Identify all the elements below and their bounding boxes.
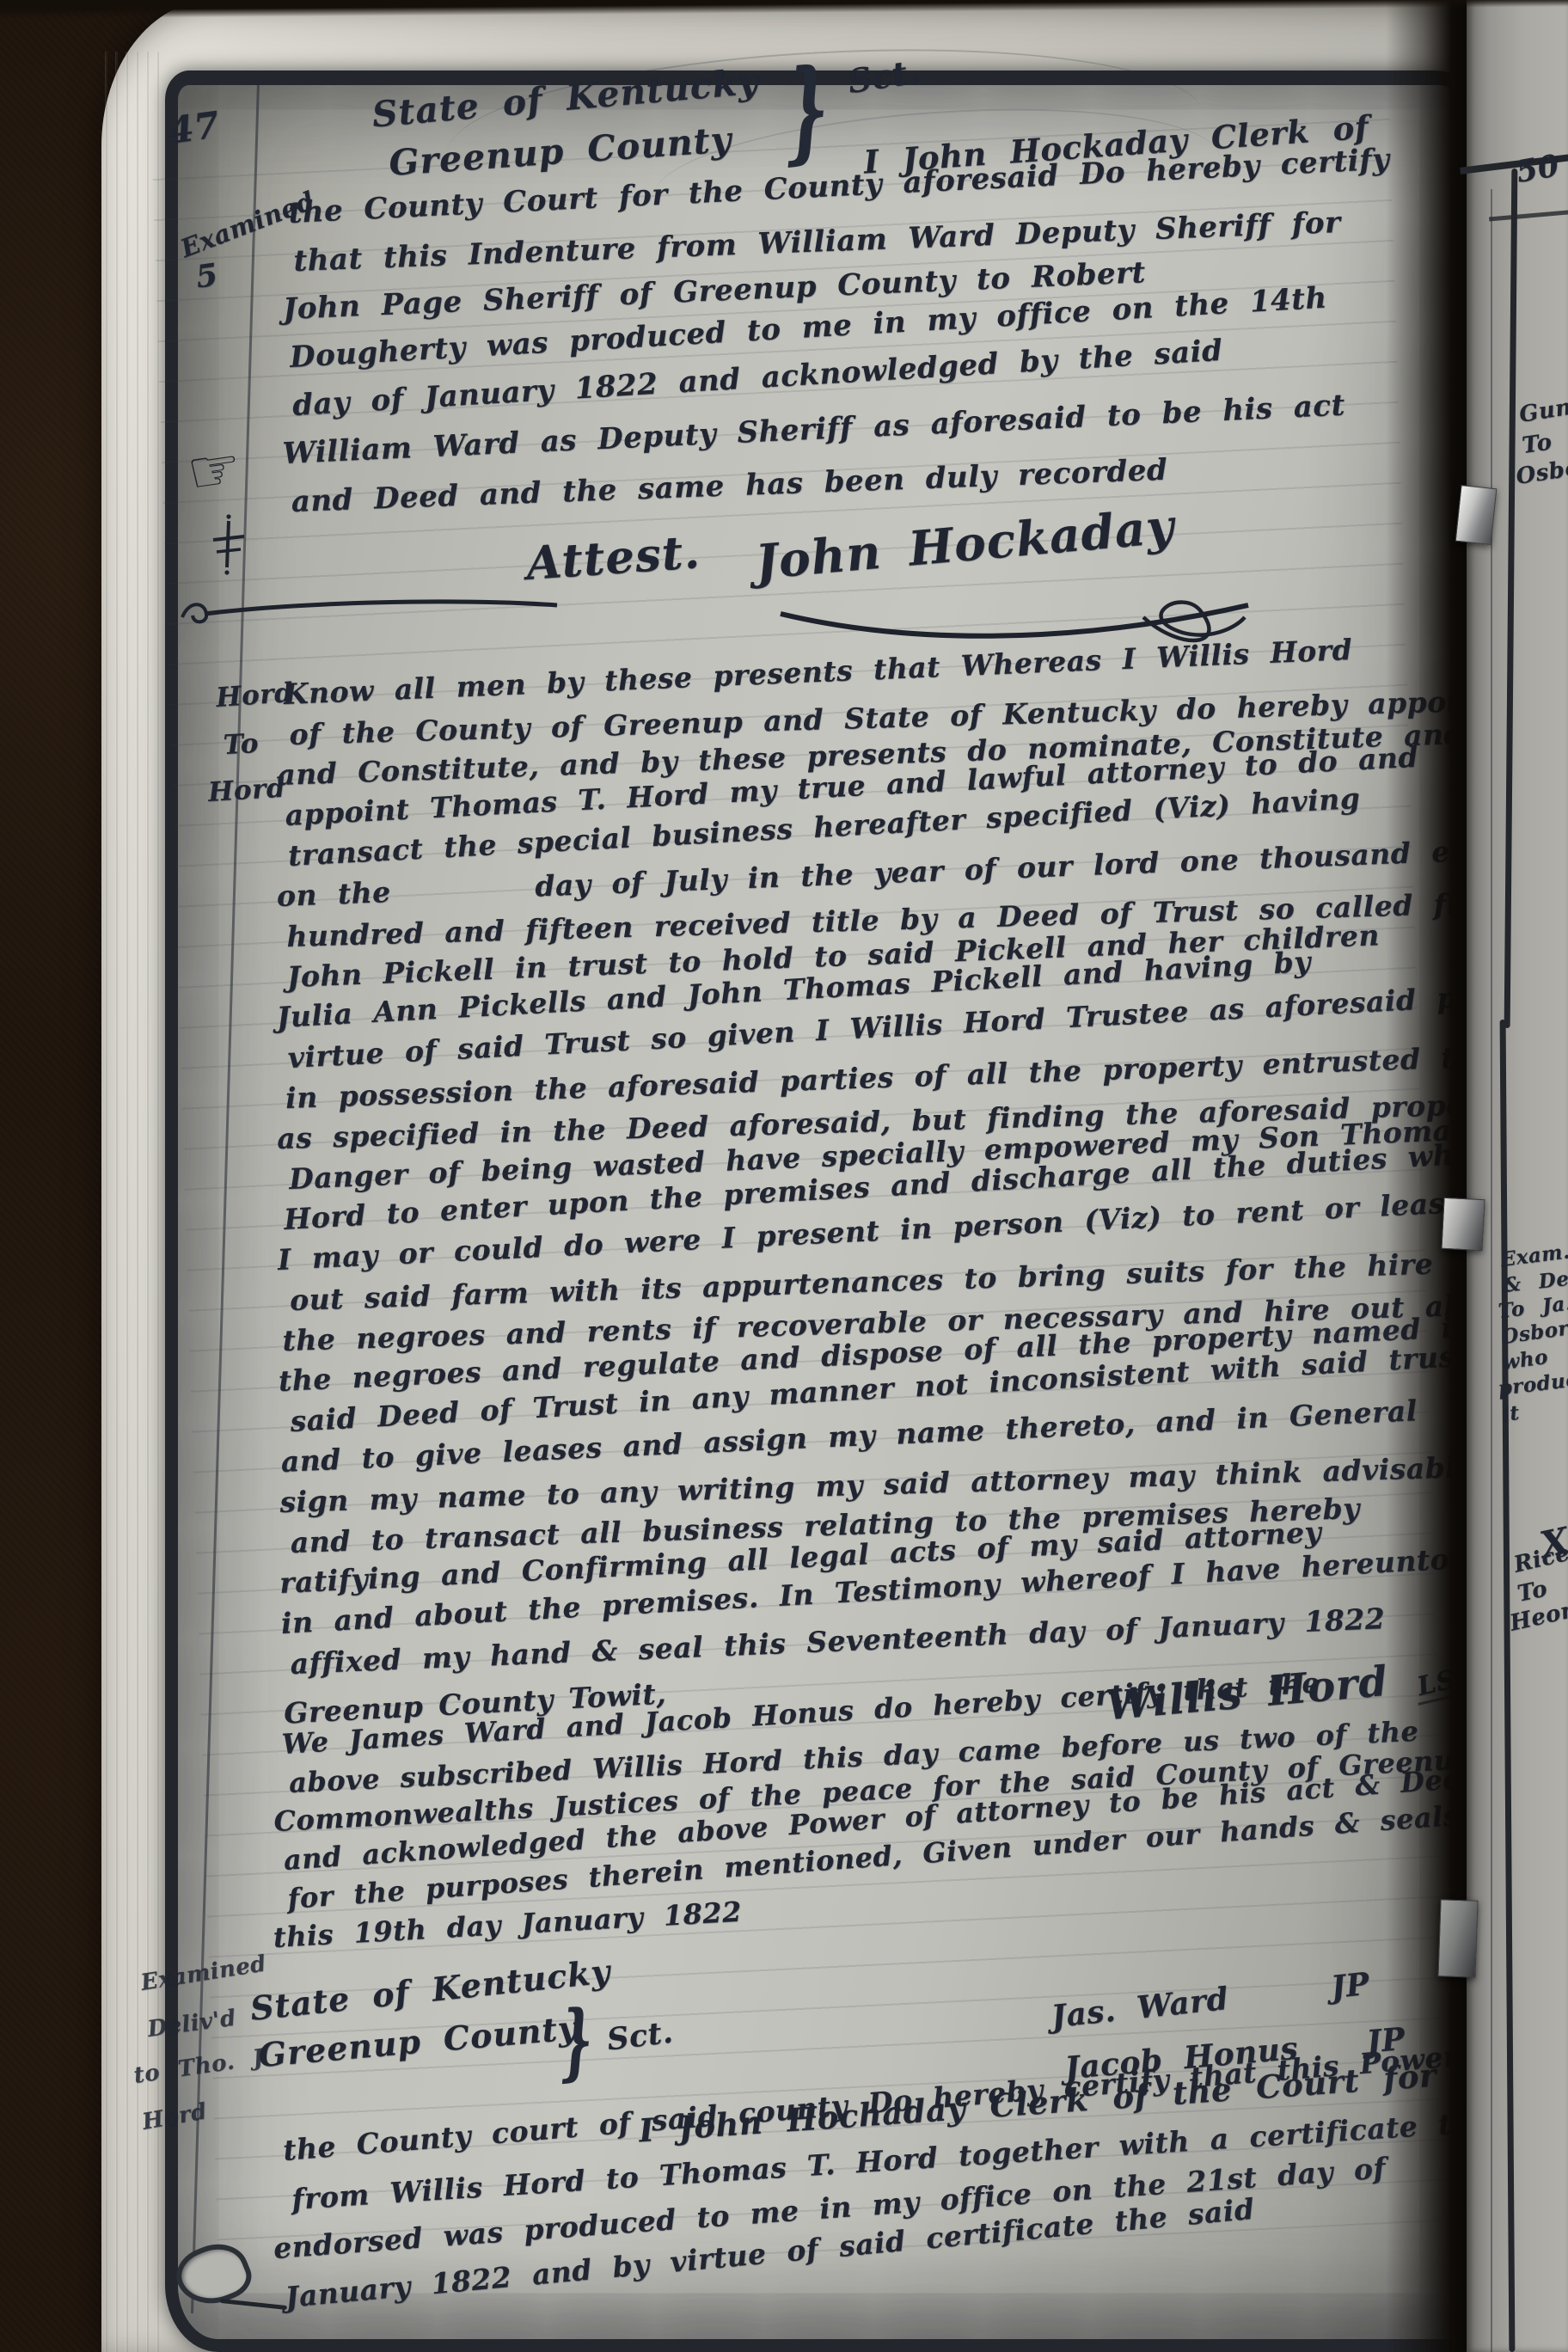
- sheriff-deed-certificate: the County Court for the County aforesai…: [289, 196, 1391, 533]
- book-gutter-shadow: [1386, 0, 1468, 2352]
- right-page-number: 50: [1514, 148, 1562, 190]
- handwriting-line: Heor: [1508, 1597, 1568, 1639]
- margin-examined-number: 5: [193, 256, 220, 295]
- right-photostat-left-border-2: [1500, 1020, 1516, 2352]
- page-number: 47: [166, 103, 223, 152]
- margin-delivery-note: ExaminedDeliv'dto Tho. JHord: [143, 1970, 273, 2156]
- handwriting-line: Hord: [207, 773, 287, 824]
- right-photostat-top-border-2: [1489, 209, 1568, 221]
- right-photostat-left-border: [1504, 168, 1518, 1028]
- reference-mark-icon: [210, 514, 246, 576]
- jp-certificate-text: We James Ward and Jacob Honus do hereby …: [282, 1728, 1484, 1960]
- metal-clip: [1437, 1899, 1478, 1977]
- metal-clip: [1441, 1197, 1485, 1251]
- record-book-photo: 47 Examined 5 State of Kentucky Greenup …: [0, 0, 1568, 2352]
- heading-bracket: }: [784, 53, 830, 167]
- right-margin-note-2: Exam.& Del.To Ja.Osbornwhoproduc.it: [1501, 1248, 1568, 1429]
- metal-clip: [1455, 485, 1498, 545]
- manicule-icon: ☞: [183, 432, 247, 509]
- right-book-page: 50 GunnToOsbo Exam.& Del.To Ja.Osbornwho…: [1467, 0, 1568, 2352]
- clerk2-text: the County court of said county Do hereb…: [284, 2134, 1568, 2330]
- footer-bracket: }: [560, 1998, 594, 2083]
- margin-case-label: HordToHord: [217, 683, 294, 824]
- power-of-attorney-text: Know all men by these presents that Wher…: [284, 677, 1568, 1687]
- handwriting-line: Osbo: [1515, 454, 1568, 495]
- right-margin-note-3: RiceToHeor: [1515, 1553, 1568, 1640]
- right-margin-note-1: GunnToOsbo: [1520, 402, 1568, 495]
- margin-flourish: [175, 590, 562, 629]
- jp-title: JP: [1329, 1966, 1371, 2006]
